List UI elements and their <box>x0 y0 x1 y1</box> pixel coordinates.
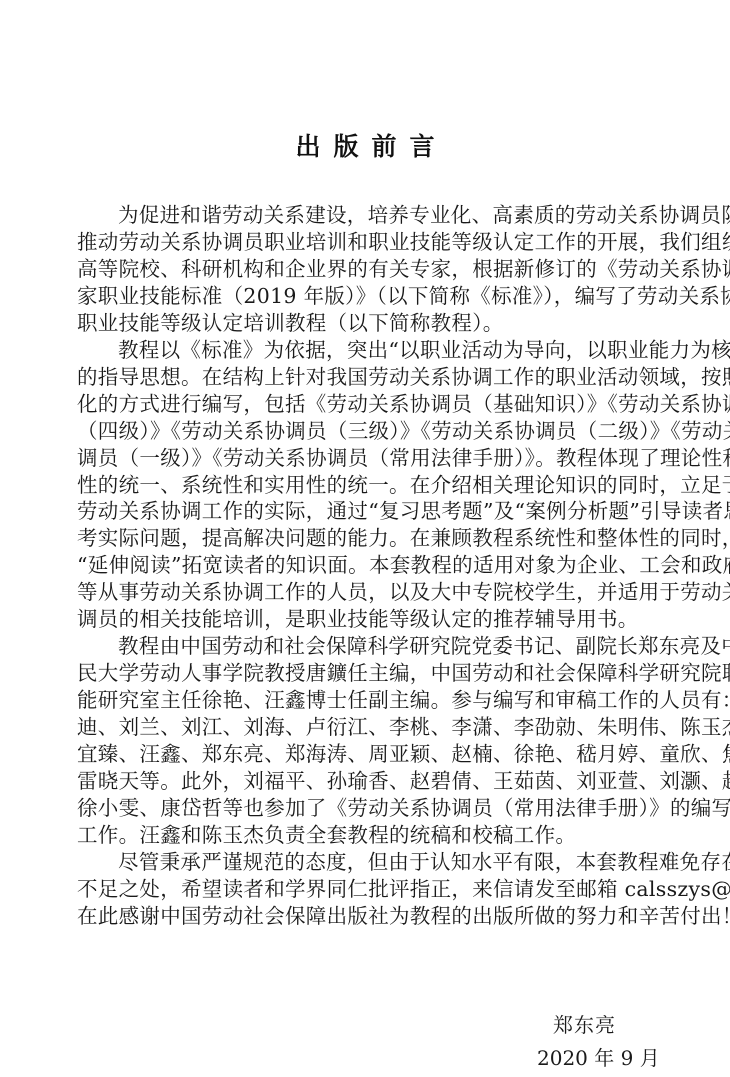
text-line: 家职业技能标准（2019 年版）》（以下简称《标准》），编写了劳动关系协调员 <box>77 283 655 310</box>
author-name: 郑东亮 <box>553 1012 616 1038</box>
preface-body: 为促进和谐劳动关系建设，培养专业化、高素质的劳动关系协调员队伍， 推动劳动关系协… <box>77 202 655 930</box>
text-line: 的指导思想。在结构上针对我国劳动关系协调工作的职业活动领域，按照模块 <box>77 364 655 391</box>
text-line: 能研究室主任徐艳、汪鑫博士任副主编。参与编写和审稿工作的人员有：王冠 <box>77 687 655 714</box>
text-line: 高等院校、科研机构和企业界的有关专家，根据新修订的《劳动关系协调员国 <box>77 256 655 283</box>
text-line: 宜臻、汪鑫、郑东亮、郑海涛、周亚颖、赵楠、徐艳、嵇月婷、童欣、焦杨、 <box>77 741 655 768</box>
text-line: 等从事劳动关系协调工作的人员，以及大中专院校学生，并适用于劳动关系协 <box>77 579 655 606</box>
text-line: 民大学劳动人事学院教授唐鑛任主编，中国劳动和社会保障科学研究院职业与技 <box>77 660 655 687</box>
text-line: 职业技能等级认定培训教程（以下简称教程）。 <box>77 310 655 337</box>
signature-date: 2020 年 9 月 <box>537 1045 660 1071</box>
paragraph-1: 为促进和谐劳动关系建设，培养专业化、高素质的劳动关系协调员队伍， 推动劳动关系协… <box>77 202 655 337</box>
paragraph-2: 教程以《标准》为依据，突出“以职业活动为导向，以职业能力为核心” 的指导思想。在… <box>77 337 655 633</box>
paragraph-4: 尽管秉承严谨规范的态度，但由于认知水平有限，本套教程难免存在一些 不足之处，希望… <box>77 849 655 930</box>
text-line: 调员（一级）》《劳动关系协调员（常用法律手册）》。教程体现了理论性和实践 <box>77 445 655 472</box>
text-line: 雷晓天等。此外，刘福平、孙瑜香、赵碧倩、王茹茵、刘亚萱、刘灏、赵梓瑾、 <box>77 768 655 795</box>
text-line: 为促进和谐劳动关系建设，培养专业化、高素质的劳动关系协调员队伍， <box>77 202 655 229</box>
text-line: 调员的相关技能培训，是职业技能等级认定的推荐辅导用书。 <box>77 606 655 633</box>
text-line: 尽管秉承严谨规范的态度，但由于认知水平有限，本套教程难免存在一些 <box>77 849 655 876</box>
text-line: 迪、刘兰、刘江、刘海、卢衍江、李桃、李潇、李劭勍、朱明伟、陈玉杰、冷 <box>77 714 655 741</box>
text-line: 不足之处，希望读者和学界同仁批评指正，来信请发至邮箱 calsszys@ 163… <box>77 876 655 903</box>
text-line: 工作。汪鑫和陈玉杰负责全套教程的统稿和校稿工作。 <box>77 822 655 849</box>
text-line: 徐小雯、康岱哲等也参加了《劳动关系协调员（常用法律手册）》的编写和审稿 <box>77 795 655 822</box>
text-line: 考实际问题，提高解决问题的能力。在兼顾教程系统性和整体性的同时，通过 <box>77 525 655 552</box>
text-line: “延伸阅读”拓宽读者的知识面。本套教程的适用对象为企业、工会和政府部门 <box>77 552 655 579</box>
text-line: 劳动关系协调工作的实际，通过“复习思考题”及“案例分析题”引导读者思 <box>77 498 655 525</box>
text-line: 化的方式进行编写，包括《劳动关系协调员（基础知识）》《劳动关系协调员 <box>77 391 655 418</box>
paragraph-3: 教程由中国劳动和社会保障科学研究院党委书记、副院长郑东亮及中国人 民大学劳动人事… <box>77 633 655 849</box>
page-title: 出版前言 <box>0 131 730 163</box>
text-line: 在此感谢中国劳动社会保障出版社为教程的出版所做的努力和辛苦付出！ <box>77 903 655 930</box>
text-line: 教程以《标准》为依据，突出“以职业活动为导向，以职业能力为核心” <box>77 337 655 364</box>
text-line: （四级）》《劳动关系协调员（三级）》《劳动关系协调员（二级）》《劳动关系协 <box>77 418 655 445</box>
text-line: 推动劳动关系协调员职业培训和职业技能等级认定工作的开展，我们组织国内 <box>77 229 655 256</box>
text-line: 性的统一、系统性和实用性的统一。在介绍相关理论知识的同时，立足于我国 <box>77 472 655 499</box>
text-line: 教程由中国劳动和社会保障科学研究院党委书记、副院长郑东亮及中国人 <box>77 633 655 660</box>
